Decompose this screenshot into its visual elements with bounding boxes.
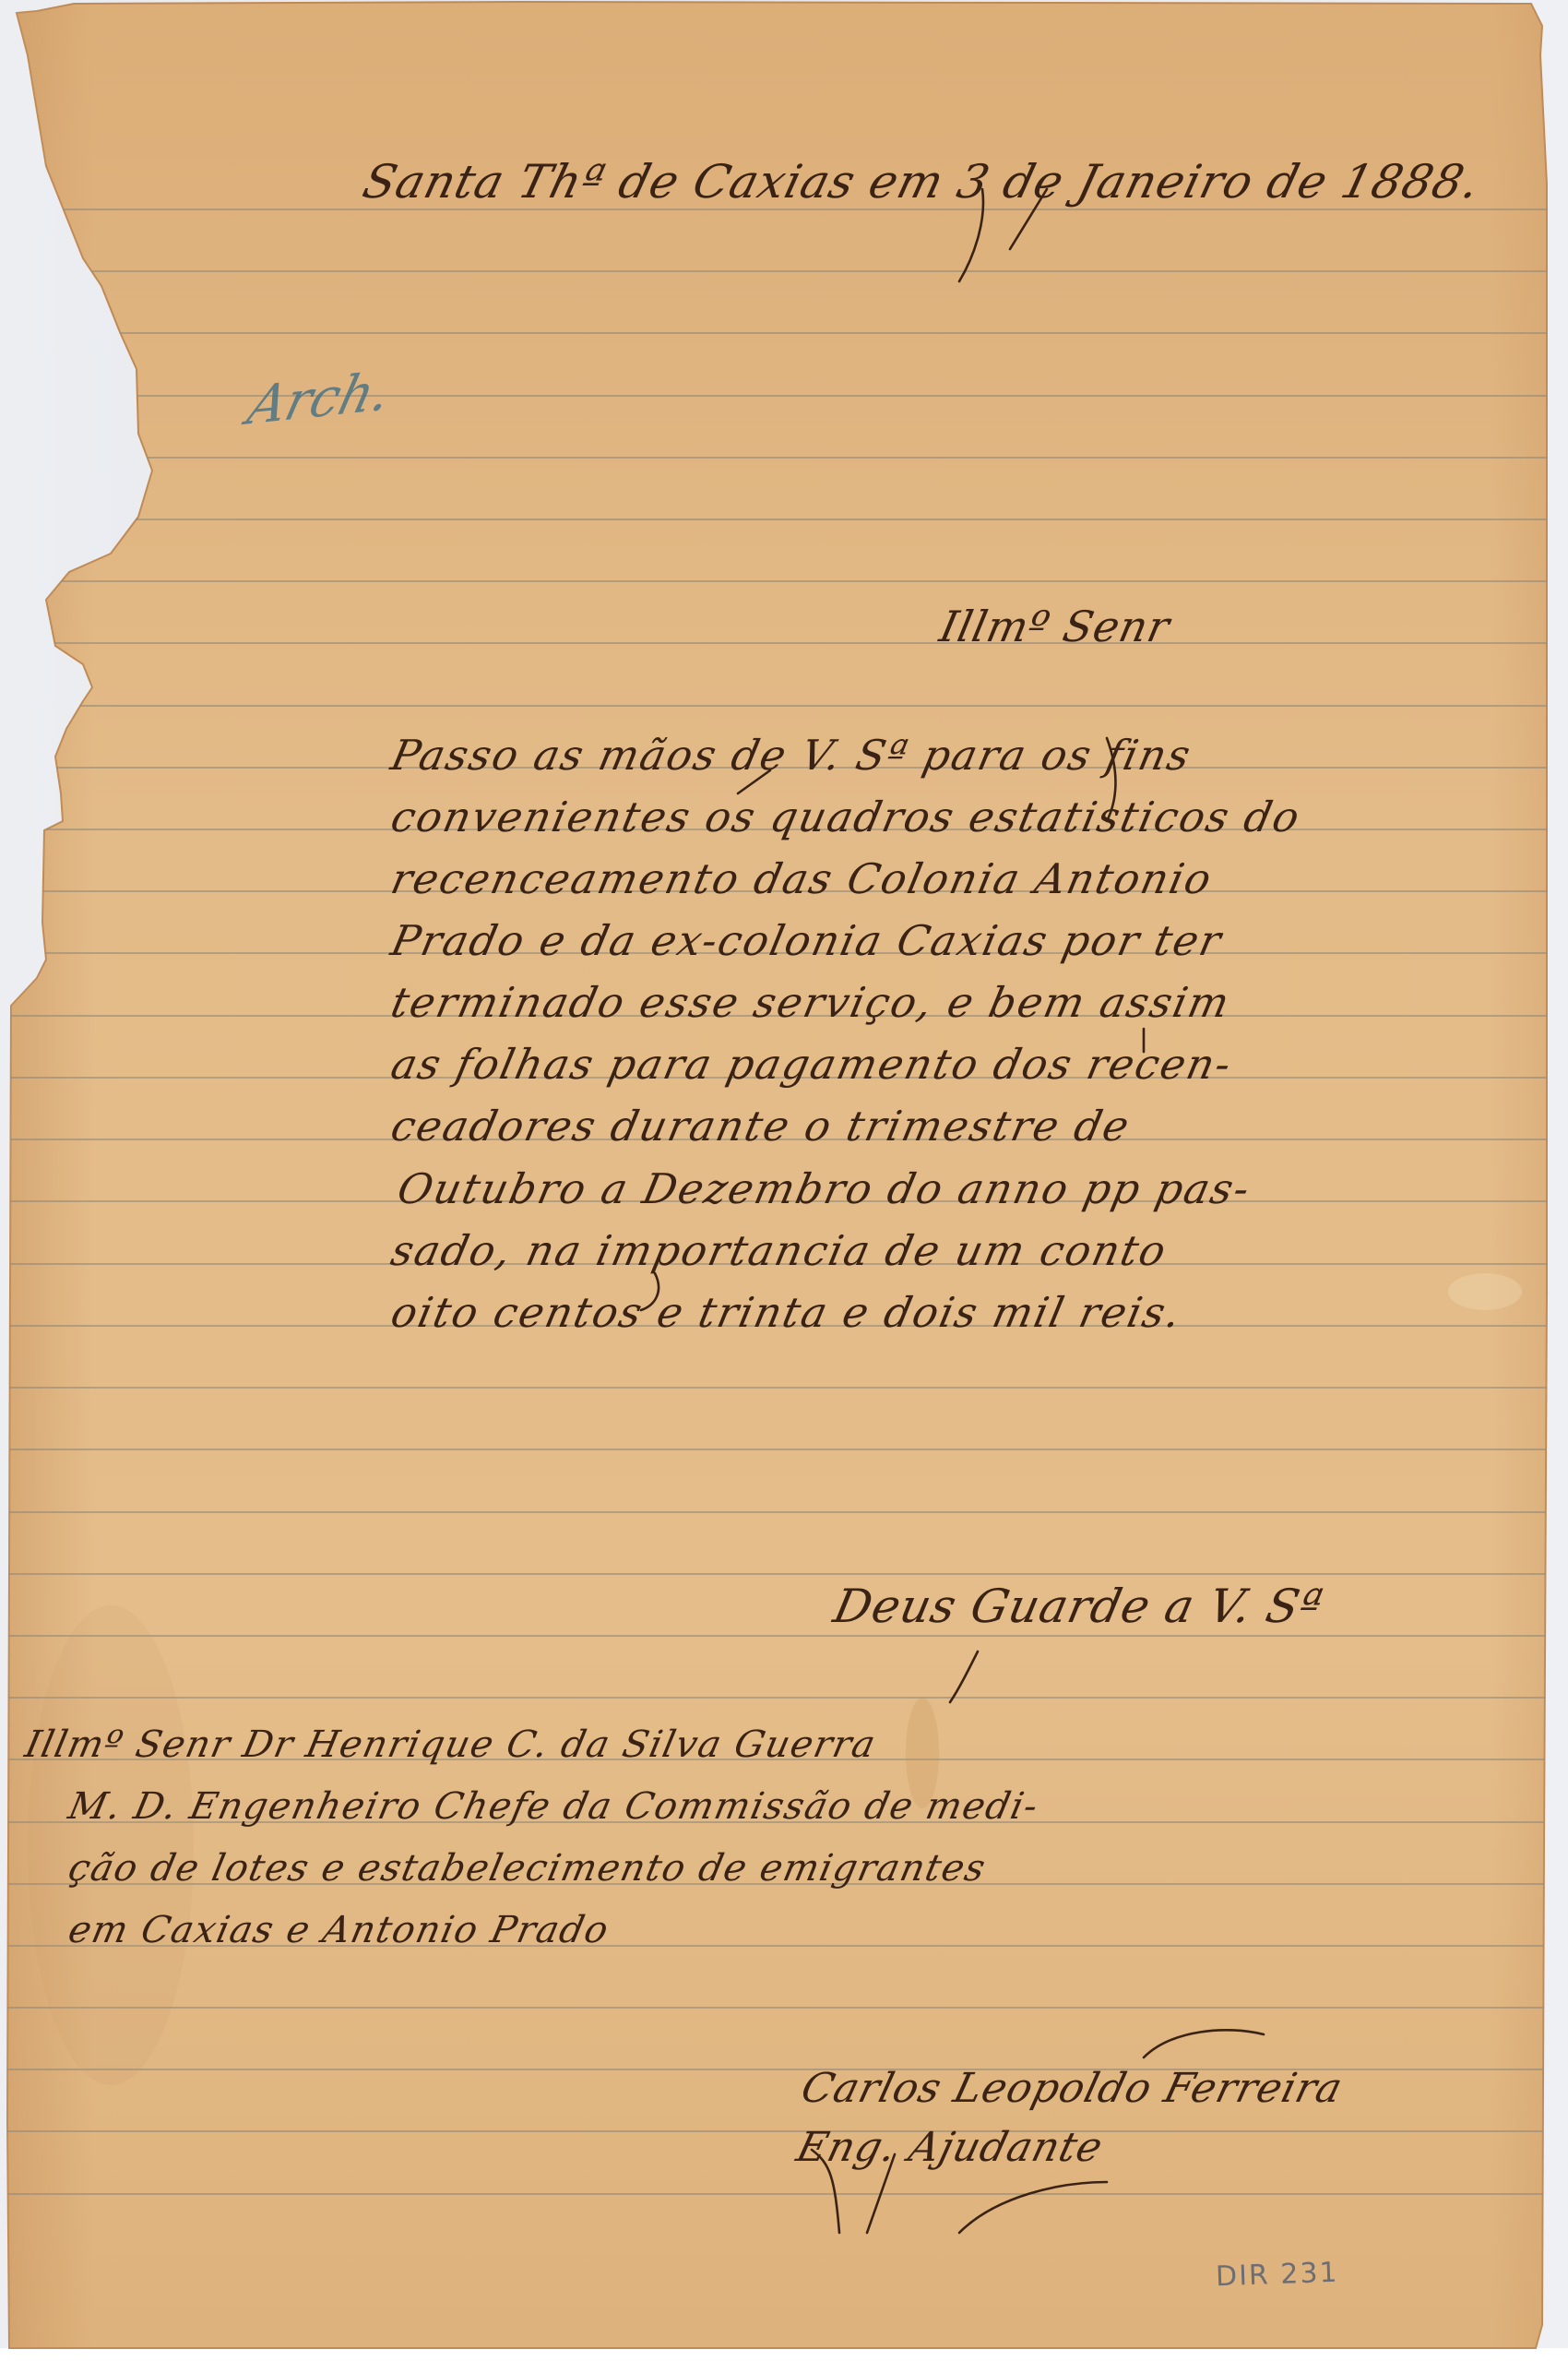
body-line: Outubro a Dezembro do anno pp pas- <box>393 1164 1255 1213</box>
letter-sheet: Santa Thª de Caxias em 3 de Janeiro de 1… <box>0 0 1568 2361</box>
body-line: Passo as mãos de V. Sª para os fins <box>386 731 1196 780</box>
addressee-line: M. D. Engenheiro Chefe da Commissão de m… <box>65 1785 1042 1828</box>
salutation: Illmº Senr <box>935 602 1174 651</box>
addressee-line: em Caxias e Antonio Prado <box>65 1909 613 1951</box>
body-line: convenientes os quadros estatisticos do <box>386 793 1305 841</box>
addressee-line: ção de lotes e estabelecimento de emigra… <box>65 1847 990 1890</box>
body-line: terminado esse serviço, e bem assim <box>386 978 1235 1027</box>
closing-formula: Deus Guarde a V. Sª <box>829 1580 1328 1633</box>
body-line: oito centos e trinta e dois mil reis. <box>386 1288 1186 1337</box>
body-line: sado, na importancia de um conto <box>386 1226 1171 1275</box>
signature-title: Eng. Ajudante <box>792 2124 1109 2171</box>
body-line: as folhas para pagamento dos recen- <box>386 1040 1237 1089</box>
addressee-line: Illmº Senr Dr Henrique C. da Silva Guerr… <box>21 1723 880 1766</box>
archive-reference: DIR 231 <box>1215 2257 1339 2294</box>
body-line: recenceamento das Colonia Antonio <box>386 854 1217 903</box>
signature-name: Carlos Leopoldo Ferreira <box>797 2065 1348 2112</box>
body-line: Prado e da ex-colonia Caxias por ter <box>386 916 1227 965</box>
body-line: ceadores durante o trimestre de <box>386 1102 1134 1151</box>
place-and-date: Santa Thª de Caxias em 3 de Janeiro de 1… <box>358 155 1486 209</box>
